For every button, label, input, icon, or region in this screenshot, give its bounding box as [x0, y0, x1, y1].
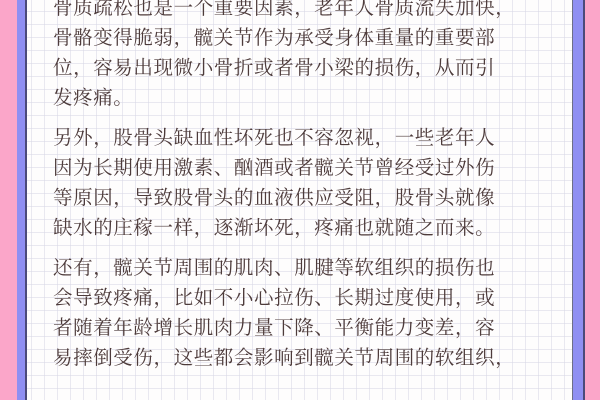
text-line: 另外，股骨头缺血性坏死也不容忽视，一些老年人 — [53, 123, 553, 153]
text-line: 因为长期使用激素、酗酒或者髋关节曾经受过外伤 — [53, 153, 553, 183]
page-frame: 骨质疏松也是一个重要因素，老年人骨质流失加快， 骨骼变得脆弱，髋关节作为承受身体… — [0, 0, 600, 400]
text-line: 还有，髋关节周围的肌肉、肌腱等软组织的损伤也 — [53, 253, 553, 283]
text-line: 骨骼变得脆弱，髋关节作为承受身体重量的重要部 — [53, 23, 553, 53]
right-border-stripe — [572, 0, 585, 400]
text-line: 骨质疏松也是一个重要因素，老年人骨质流失加快， — [53, 0, 553, 23]
text-line: 等原因，导致股骨头的血液供应受阻，股骨头就像 — [53, 183, 553, 213]
paragraph-soft-tissue-injury: 还有，髋关节周围的肌肉、肌腱等软组织的损伤也 会导致疼痛，比如不小心拉伤、长期过… — [53, 253, 553, 373]
paragraph-femoral-head-necrosis: 另外，股骨头缺血性坏死也不容忽视，一些老年人 因为长期使用激素、酗酒或者髋关节曾… — [53, 123, 553, 243]
left-border-stripe — [17, 0, 27, 400]
text-line: 者随着年龄增长肌肉力量下降、平衡能力变差，容 — [53, 313, 553, 343]
paragraph-osteoporosis: 骨质疏松也是一个重要因素，老年人骨质流失加快， 骨骼变得脆弱，髋关节作为承受身体… — [53, 0, 553, 113]
text-line: 会导致疼痛，比如不小心拉伤、长期过度使用，或 — [53, 283, 553, 313]
text-line: 缺水的庄稼一样，逐渐坏死，疼痛也就随之而来。 — [53, 213, 553, 243]
grid-paper-content-area: 骨质疏松也是一个重要因素，老年人骨质流失加快， 骨骼变得脆弱，髋关节作为承受身体… — [27, 0, 572, 400]
text-line: 易摔倒受伤，这些都会影响到髋关节周围的软组织， — [53, 343, 553, 373]
text-line: 位，容易出现微小骨折或者骨小梁的损伤，从而引 — [53, 53, 553, 83]
article-text: 骨质疏松也是一个重要因素，老年人骨质流失加快， 骨骼变得脆弱，髋关节作为承受身体… — [53, 0, 553, 383]
text-line: 发疼痛。 — [53, 83, 553, 113]
